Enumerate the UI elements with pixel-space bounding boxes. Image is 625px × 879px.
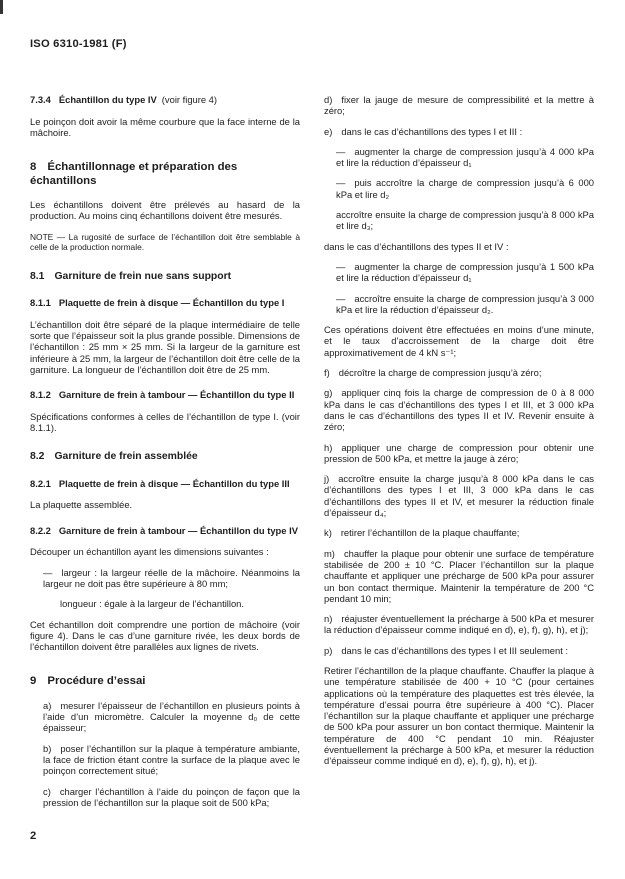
heading-title: Garniture de frein à tambour — Échantill… bbox=[59, 389, 294, 400]
list-item: —largeur : la largeur réelle de la mâcho… bbox=[30, 567, 300, 590]
clause-heading: 7.3.4Échantillon du type IV(voir figure … bbox=[30, 94, 300, 106]
left-column: 7.3.4Échantillon du type IV(voir figure … bbox=[30, 94, 300, 817]
paragraph: Retirer l’échantillon de la plaque chauf… bbox=[324, 665, 594, 767]
paragraph: dans le cas d’échantillons des types II … bbox=[324, 241, 594, 252]
list-marker: — bbox=[336, 177, 345, 188]
list-marker: j) bbox=[324, 473, 329, 484]
heading-number: 8.2 bbox=[30, 451, 44, 462]
heading-title: Plaquette de frein à disque — Échantillo… bbox=[59, 478, 290, 489]
list-item-text: augmenter la charge de compression jusqu… bbox=[336, 146, 594, 168]
sub-list-item: —puis accroître la charge de compression… bbox=[324, 177, 594, 200]
list-marker: d) bbox=[324, 94, 332, 105]
clause-heading: 8.1.2Garniture de frein à tambour — Écha… bbox=[30, 389, 300, 401]
subsection-heading: 8.2Garniture de frein assemblée bbox=[30, 451, 300, 463]
list-item-text: accroître ensuite la charge de compressi… bbox=[336, 293, 594, 315]
paragraph: Le poinçon doit avoir la même courbure q… bbox=[30, 116, 300, 139]
list-item: c)charger l’échantillon à l’aide du poin… bbox=[30, 786, 300, 809]
heading-title: Garniture de frein nue sans support bbox=[54, 271, 231, 282]
list-item: b)poser l’échantillon sur la plaque à te… bbox=[30, 743, 300, 777]
indented-line: longueur : égale à la largeur de l’échan… bbox=[30, 598, 300, 609]
list-marker: c) bbox=[43, 786, 51, 797]
list-item-text: augmenter la charge de compression jusqu… bbox=[336, 261, 594, 283]
note: NOTE — La rugosité de surface de l’échan… bbox=[30, 232, 300, 253]
list-marker: — bbox=[336, 261, 345, 272]
subsection-heading: 8.1Garniture de frein nue sans support bbox=[30, 271, 300, 283]
list-item-text: appliquer cinq fois la charge de compres… bbox=[324, 387, 594, 432]
paragraph: Découper un échantillon ayant les dimens… bbox=[30, 546, 300, 557]
heading-title: Procédure d’essai bbox=[47, 675, 145, 687]
document-reference: ISO 6310-1981 (F) bbox=[30, 38, 595, 50]
heading-number: 8.1.1 bbox=[30, 297, 51, 308]
heading-number: 8 bbox=[30, 161, 36, 173]
right-column: d)fixer la jauge de mesure de compressib… bbox=[324, 94, 594, 817]
heading-number: 8.2.2 bbox=[30, 525, 51, 536]
list-item: e)dans le cas d’échantillons des types I… bbox=[324, 126, 594, 137]
list-marker: — bbox=[43, 567, 52, 578]
heading-title: Échantillonnage et préparation des échan… bbox=[30, 161, 237, 186]
paragraph: L’échantillon doit être séparé de la pla… bbox=[30, 319, 300, 375]
list-item: m)chauffer la plaque pour obtenir une su… bbox=[324, 548, 594, 604]
list-marker: — bbox=[336, 146, 345, 157]
list-marker: p) bbox=[324, 645, 332, 656]
sub-list-item: —accroître ensuite la charge de compress… bbox=[324, 293, 594, 316]
heading-number: 8.1 bbox=[30, 271, 44, 282]
paragraph: Ces opérations doivent être effectuées e… bbox=[324, 324, 594, 358]
list-marker: h) bbox=[324, 442, 332, 453]
sub-list-item: accroître ensuite la charge de compressi… bbox=[324, 209, 594, 232]
list-item: h)appliquer une charge de compression po… bbox=[324, 442, 594, 465]
list-marker: g) bbox=[324, 387, 332, 398]
heading-title: Plaquette de frein à disque — Échantillo… bbox=[59, 297, 285, 308]
list-marker: a) bbox=[43, 700, 51, 711]
heading-number: 9 bbox=[30, 675, 36, 687]
two-column-body: 7.3.4Échantillon du type IV(voir figure … bbox=[30, 94, 595, 817]
list-item: n)réajuster éventuellement la précharge … bbox=[324, 613, 594, 636]
page-number: 2 bbox=[30, 830, 36, 842]
list-item-text: chauffer la plaque pour obtenir une surf… bbox=[324, 548, 594, 604]
list-item-text: puis accroître la charge de compression … bbox=[336, 177, 594, 199]
list-marker: — bbox=[336, 293, 345, 304]
list-item-text: dans le cas d’échantillons des types I e… bbox=[341, 126, 522, 137]
sub-list-item: —augmenter la charge de compression jusq… bbox=[324, 146, 594, 169]
list-item: k)retirer l’échantillon de la plaque cha… bbox=[324, 527, 594, 538]
list-item-text: appliquer une charge de compression pour… bbox=[324, 442, 594, 464]
list-item: f)décroître la charge de compression jus… bbox=[324, 367, 594, 378]
list-item-text: accroître ensuite la charge jusqu’à 8 00… bbox=[324, 473, 594, 518]
list-marker: m) bbox=[324, 548, 335, 559]
paragraph: Cet échantillon doit comprendre une port… bbox=[30, 619, 300, 653]
sub-list-item: —augmenter la charge de compression jusq… bbox=[324, 261, 594, 284]
list-marker: f) bbox=[324, 367, 330, 378]
heading-suffix: (voir figure 4) bbox=[162, 94, 217, 105]
heading-number: 8.1.2 bbox=[30, 389, 51, 400]
list-item: a)mesurer l’épaisseur de l’échantillon e… bbox=[30, 700, 300, 734]
list-item: d)fixer la jauge de mesure de compressib… bbox=[324, 94, 594, 117]
list-item-text: accroître ensuite la charge de compressi… bbox=[336, 209, 594, 231]
list-item-text: réajuster éventuellement la précharge à … bbox=[324, 613, 594, 635]
list-item-text: fixer la jauge de mesure de compressibil… bbox=[324, 94, 594, 116]
document-page: ISO 6310-1981 (F) 7.3.4Échantillon du ty… bbox=[0, 0, 625, 879]
section-heading: 9Procédure d’essai bbox=[30, 675, 300, 688]
heading-title: Garniture de frein à tambour — Échantill… bbox=[59, 525, 298, 536]
clause-heading: 8.2.2Garniture de frein à tambour — Écha… bbox=[30, 525, 300, 537]
scan-artifact bbox=[0, 0, 3, 14]
list-marker: b) bbox=[43, 743, 51, 754]
list-item: g)appliquer cinq fois la charge de compr… bbox=[324, 387, 594, 432]
list-item-text: charger l’échantillon à l’aide du poinço… bbox=[43, 786, 300, 808]
list-item-text: dans le cas d’échantillons des types I e… bbox=[341, 645, 568, 656]
heading-number: 7.3.4 bbox=[30, 94, 51, 105]
list-item-text: largeur : la largeur réelle de la mâchoi… bbox=[43, 567, 300, 589]
list-marker: n) bbox=[324, 613, 332, 624]
list-item-text: décroître la charge de compression jusqu… bbox=[339, 367, 542, 378]
heading-title: Échantillon du type IV bbox=[59, 94, 157, 105]
list-marker: k) bbox=[324, 527, 332, 538]
heading-number: 8.2.1 bbox=[30, 478, 51, 489]
clause-heading: 8.1.1Plaquette de frein à disque — Échan… bbox=[30, 297, 300, 309]
list-item-text: poser l’échantillon sur la plaque à temp… bbox=[43, 743, 300, 777]
clause-heading: 8.2.1Plaquette de frein à disque — Échan… bbox=[30, 478, 300, 490]
paragraph: Les échantillons doivent être prélevés a… bbox=[30, 199, 300, 222]
section-heading: 8Échantillonnage et préparation des écha… bbox=[30, 161, 300, 188]
list-item: j)accroître ensuite la charge jusqu’à 8 … bbox=[324, 473, 594, 518]
list-marker: e) bbox=[324, 126, 332, 137]
paragraph: Spécifications conformes à celles de l’é… bbox=[30, 411, 300, 434]
heading-title: Garniture de frein assemblée bbox=[54, 451, 197, 462]
list-item-text: retirer l’échantillon de la plaque chauf… bbox=[341, 527, 520, 538]
list-item-text: mesurer l’épaisseur de l’échantillon en … bbox=[43, 700, 300, 734]
paragraph: La plaquette assemblée. bbox=[30, 499, 300, 510]
list-item: p)dans le cas d’échantillons des types I… bbox=[324, 645, 594, 656]
